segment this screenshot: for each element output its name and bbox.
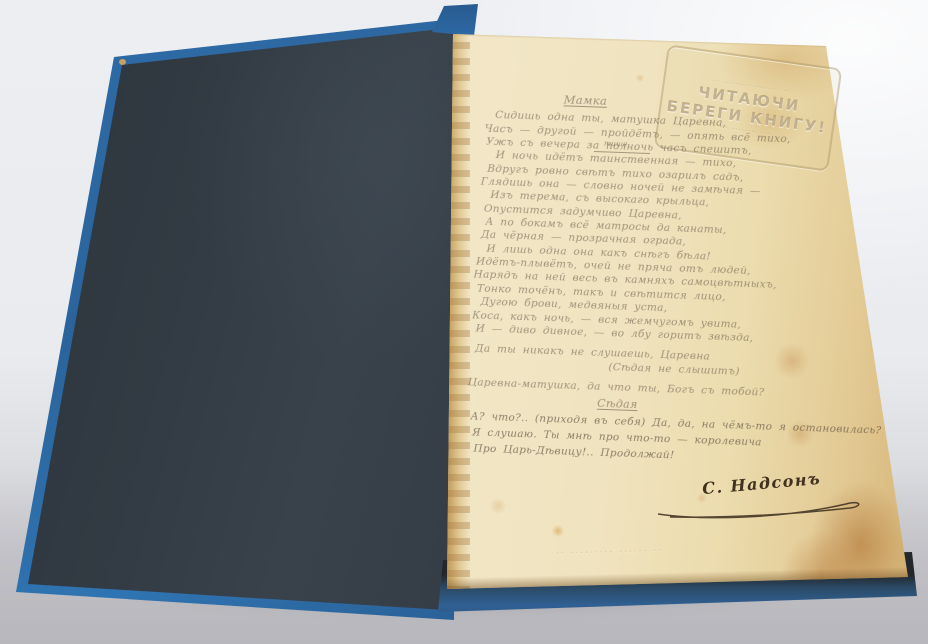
inserted-correction-word: тише xyxy=(604,139,628,149)
manuscript-text-block: Мамка Сидишь одна ты, матушка Царевна, Ч… xyxy=(455,90,868,471)
cover-corner-wear-chip xyxy=(119,59,126,65)
photo-of-open-book: ·· ········· ········ ·· ЧИТАЮЧИ БЕРЕГИ … xyxy=(0,0,928,644)
